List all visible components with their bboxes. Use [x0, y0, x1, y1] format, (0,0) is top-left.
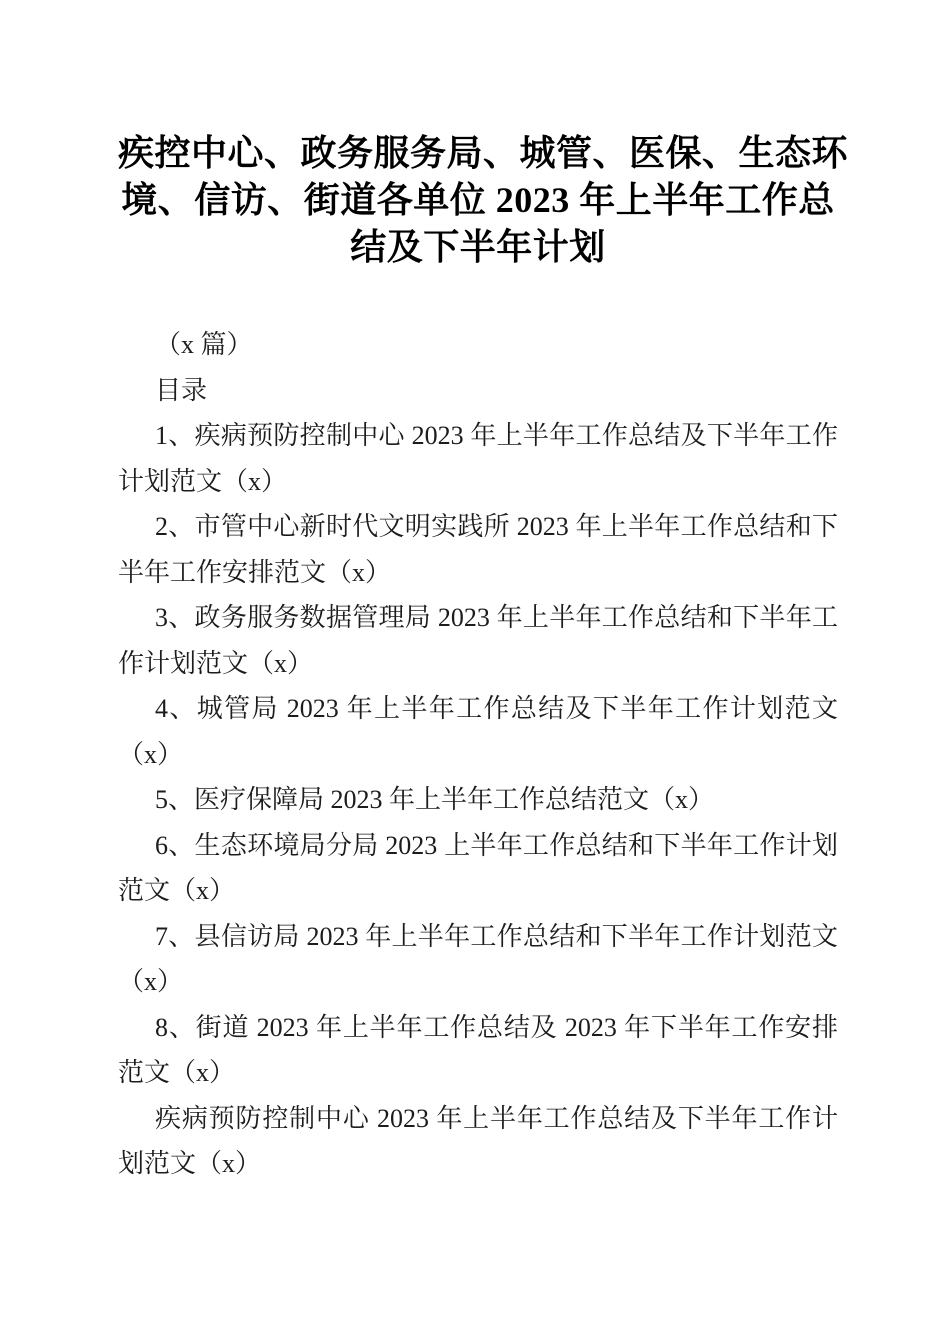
- document-title: 疾控中心、政务服务局、城管、医保、生态环境、信访、街道各单位 2023 年上半年…: [118, 130, 838, 271]
- document-line: 7、县信访局 2023 年上半年工作总结和下半年工作计划范文: [118, 914, 838, 960]
- document-line: （x）: [118, 732, 838, 778]
- document-line: （x）: [118, 959, 838, 1005]
- document-line: 划范文（x）: [118, 1141, 838, 1187]
- document-line: 目录: [118, 368, 838, 414]
- document-page: 疾控中心、政务服务局、城管、医保、生态环境、信访、街道各单位 2023 年上半年…: [0, 0, 950, 1344]
- document-line: （x 篇）: [118, 322, 838, 368]
- document-line: 半年工作安排范文（x）: [118, 550, 838, 596]
- title-line: 境、信访、街道各单位 2023 年上半年工作总: [118, 177, 838, 224]
- title-line: 结及下半年计划: [118, 224, 838, 271]
- document-line: 4、城管局 2023 年上半年工作总结及下半年工作计划范文: [118, 686, 838, 732]
- document-line: 5、医疗保障局 2023 年上半年工作总结范文（x）: [118, 777, 838, 823]
- document-line: 作计划范文（x）: [118, 641, 838, 687]
- document-line: 范文（x）: [118, 1050, 838, 1096]
- document-content: 疾控中心、政务服务局、城管、医保、生态环境、信访、街道各单位 2023 年上半年…: [0, 130, 950, 1187]
- document-line: 8、街道 2023 年上半年工作总结及 2023 年下半年工作安排: [118, 1005, 838, 1051]
- document-line: 计划范文（x）: [118, 459, 838, 505]
- document-line: 范文（x）: [118, 868, 838, 914]
- document-line: 1、疾病预防控制中心 2023 年上半年工作总结及下半年工作: [118, 413, 838, 459]
- document-line: 疾病预防控制中心 2023 年上半年工作总结及下半年工作计: [118, 1096, 838, 1142]
- document-line: 6、生态环境局分局 2023 上半年工作总结和下半年工作计划: [118, 823, 838, 869]
- title-line: 疾控中心、政务服务局、城管、医保、生态环: [118, 130, 838, 177]
- document-line: 3、政务服务数据管理局 2023 年上半年工作总结和下半年工: [118, 595, 838, 641]
- document-line: 2、市管中心新时代文明实践所 2023 年上半年工作总结和下: [118, 504, 838, 550]
- document-body: （x 篇）目录1、疾病预防控制中心 2023 年上半年工作总结及下半年工作计划范…: [118, 322, 838, 1187]
